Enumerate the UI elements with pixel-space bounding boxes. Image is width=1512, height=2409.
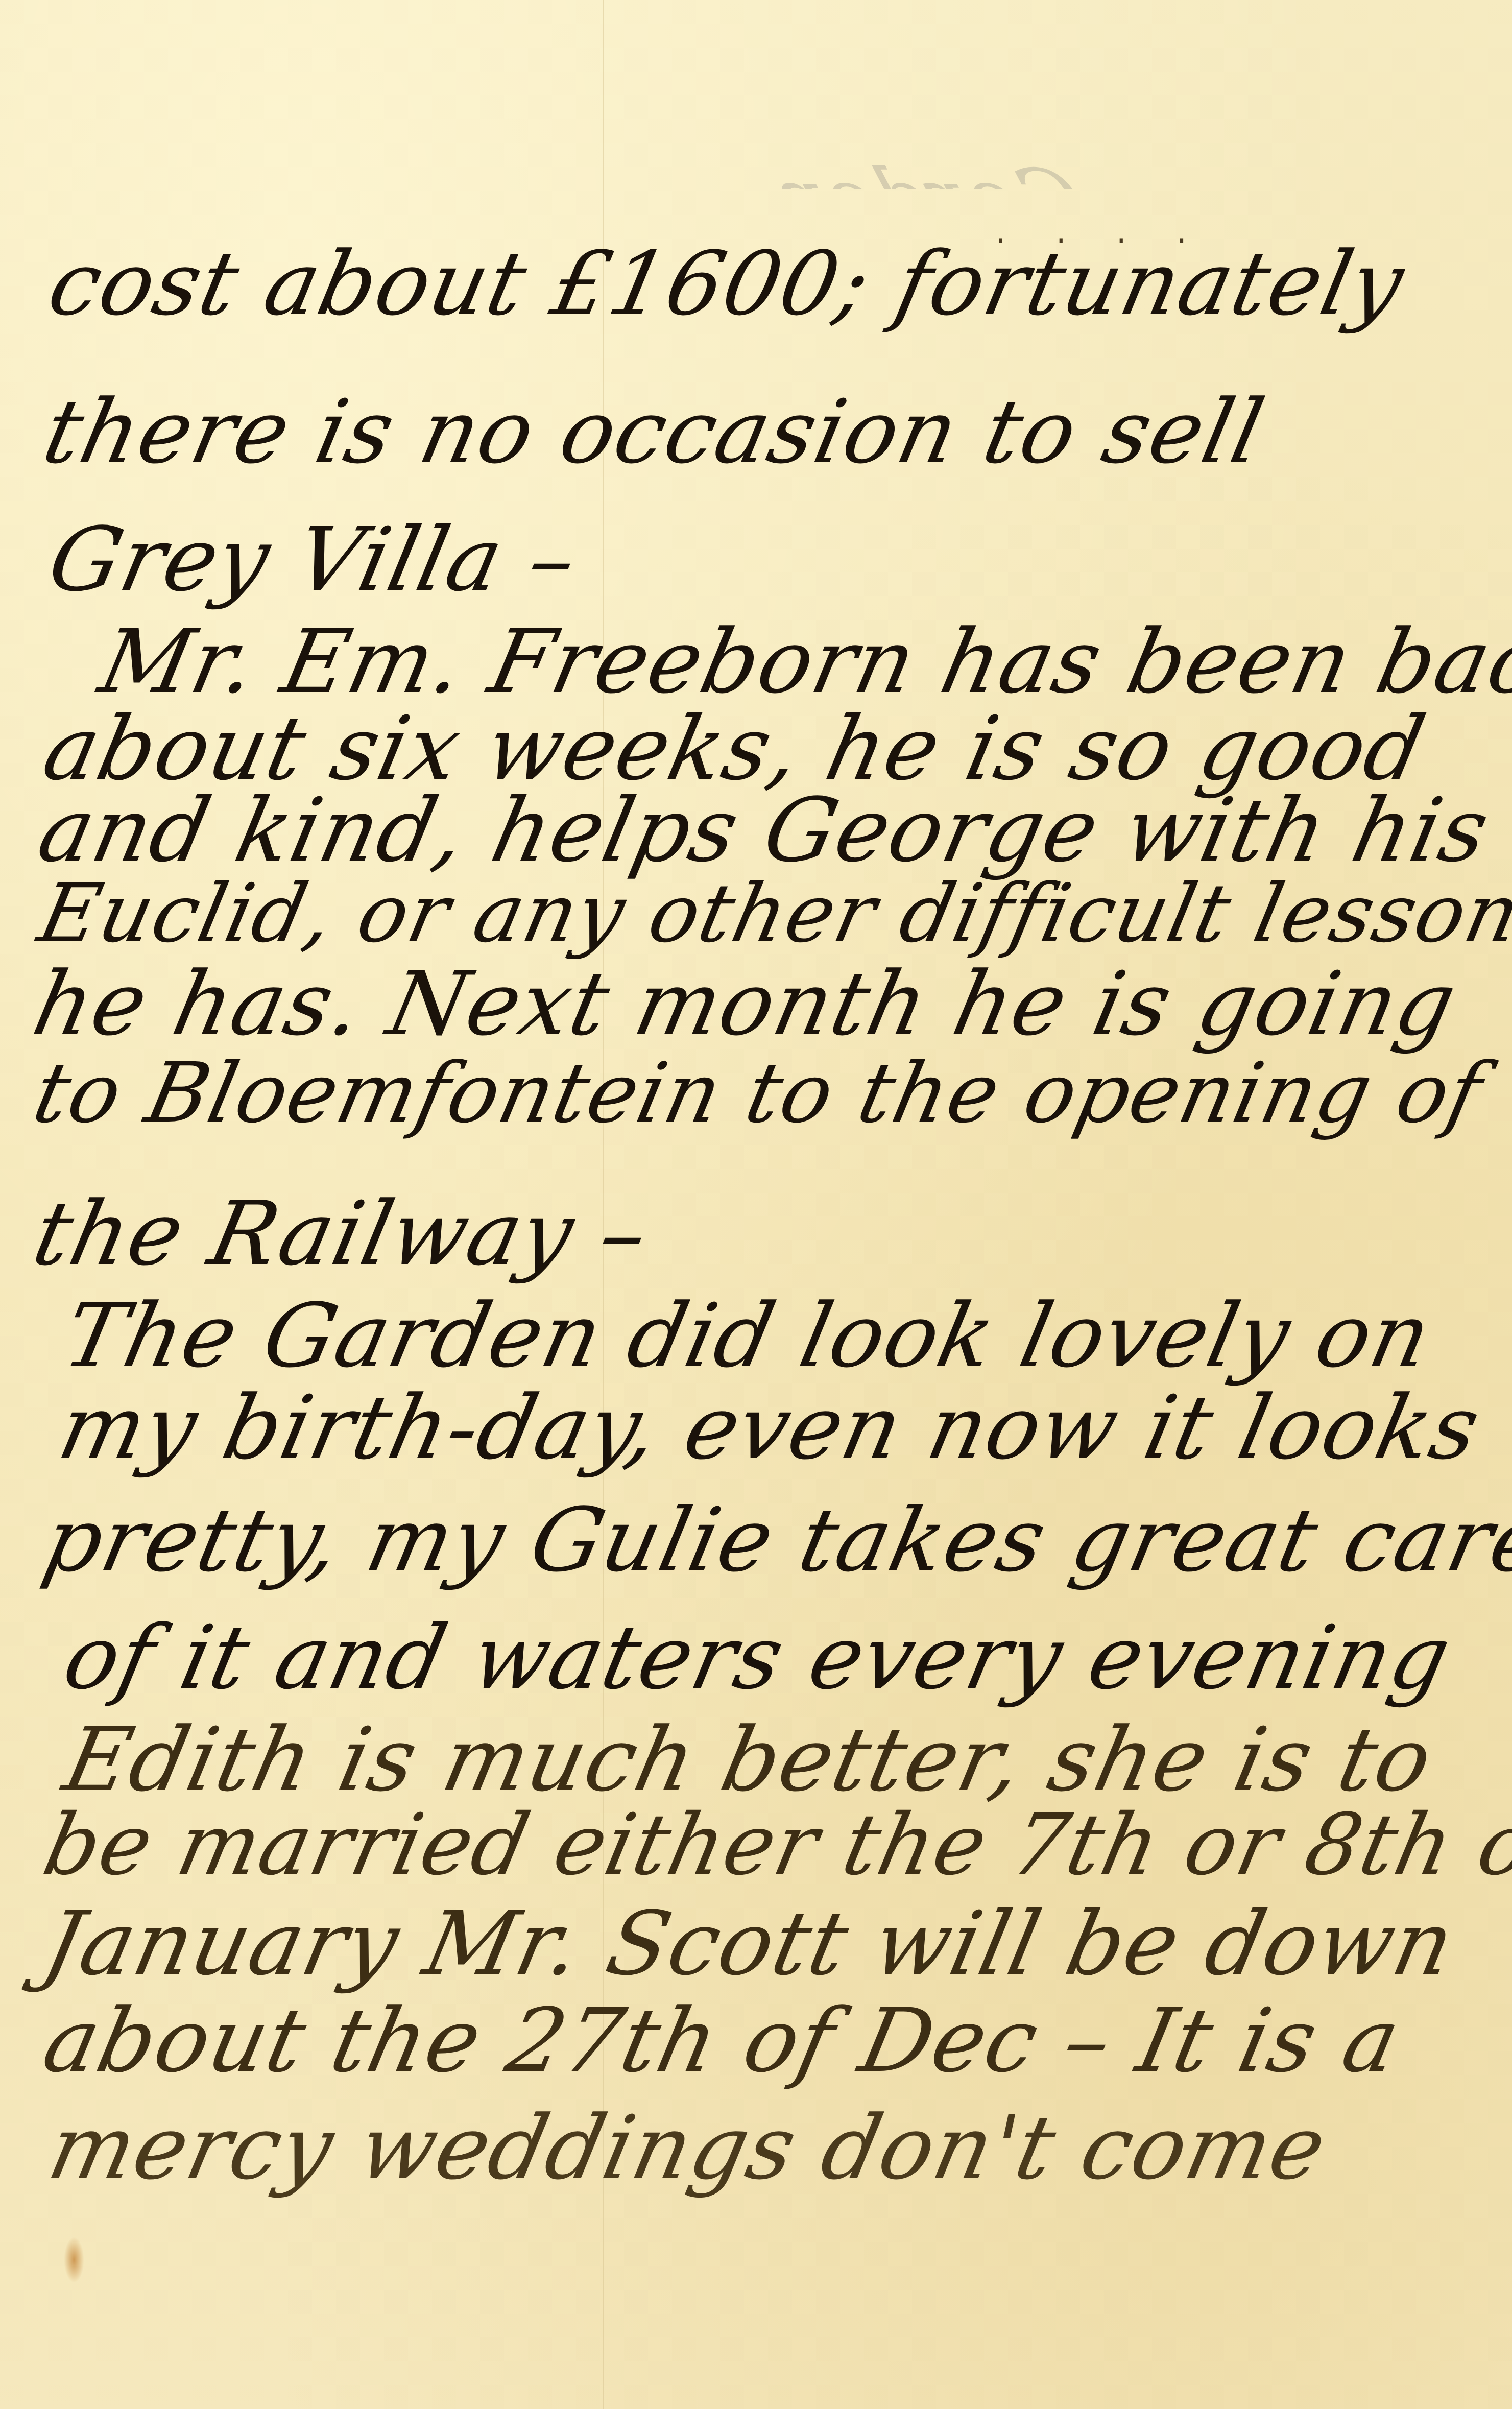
letter-line-11: The Garden did look lovely on (57, 1292, 1439, 1380)
letter-line-3: Grey Villa – (42, 516, 585, 604)
letter-line-7: Euclid, or any other difficult lessons (32, 873, 1512, 954)
letter-line-19: mercy weddings don't come (42, 2104, 1334, 2192)
letter-line-15: Edith is much better, she is to (57, 1716, 1440, 1804)
letter-page: Gordon . . . . cost about £1600; fortuna… (0, 0, 1512, 2409)
letter-line-13: pretty, my Gulie takes great care (37, 1496, 1512, 1584)
letter-line-9: to Bloemfontein to the opening of (27, 1052, 1490, 1135)
letter-line-14: of it and waters every evening (57, 1614, 1458, 1702)
letter-line-12: my birth-day, even now it looks (52, 1384, 1487, 1472)
letter-line-16: be married either the 7th or 8th of (37, 1803, 1512, 1887)
letter-line-6: and kind, helps George with his (32, 786, 1497, 874)
paper-stain (64, 2237, 84, 2283)
letter-line-10: the Railway – (27, 1190, 656, 1278)
letter-line-17: January Mr. Scott will be down (37, 1900, 1462, 1988)
letter-line-2: there is no occasion to sell (37, 388, 1271, 476)
letter-line-8: he has. Next month he is going (27, 960, 1464, 1048)
letter-line-18: about the 27th of Dec – It is a (37, 1997, 1408, 2085)
letter-line-1: cost about £1600; fortunately (42, 240, 1412, 328)
bleed-through-text: Gordon (760, 153, 1079, 189)
letter-line-4: Mr. Em. Freeborn has been back (93, 618, 1512, 706)
